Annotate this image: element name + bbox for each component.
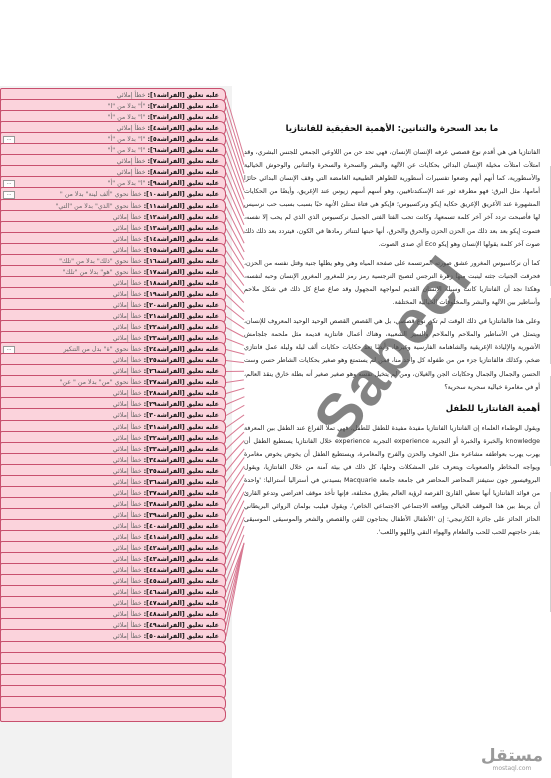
comment-ref: [الفراشة٤٤]: [144,567,185,574]
mostaql-logo: مستقل mostaql.com [481,747,543,772]
comment-label: علبه تعليق [187,247,219,254]
comment-text: "ا" بدلا من "أ" [108,147,146,154]
comment-ref: [الفراشة٤٠]: [144,523,185,530]
comment-label: علبه تعليق [187,512,219,519]
comment-ref: [الفراشة٣٠]: [144,412,185,419]
comment-text: خطأ إملائي [113,457,142,464]
comment-label: علبه تعليق [187,180,219,187]
comment-ref: [الفراشة٥]: [148,136,185,143]
comment-ref: [الفراشة٣٤]: [144,457,185,464]
comment-text: خطأ نحوي "الذي" بدلا من "التي" [56,203,142,210]
comment-label: علبه تعليق [187,236,219,243]
comment-text: خطأ إملائي [113,622,142,629]
comment-label: علبه تعليق [187,545,219,552]
comment-text: "ا" بدلا من "أ" [108,136,146,143]
comment-text: خطأ إملائي [113,236,142,243]
comment-ref: [الفراشة٢٥]: [144,357,185,364]
comment-text: خطأ إملائي [113,446,142,453]
comment-label: علبه تعليق [187,214,219,221]
comment-text: خطأ إملائي [113,490,142,497]
comment-text: خطأ إملائي [113,611,142,618]
comments-pane: علبه تعليق [الفراشة١]: خطأ إملائيعلبه تع… [0,86,232,778]
comment-label: علبه تعليق [187,335,219,342]
document-body: ما بعد السحرة والتنانين: الأهمية الحقيقي… [244,124,540,546]
comment-text: خطأ إملائي [113,401,142,408]
comment-text: خطأ إملائي [117,125,146,132]
paragraph[interactable]: كما أن نركاسيوس المغرور عشق صورته المرتس… [244,257,540,309]
comment-text: خطأ إملائي [113,291,142,298]
comment-text: خطأ إملائي [113,435,142,442]
comment-ref: [الفراشة٣٥]: [144,468,185,475]
comment-label: علبه تعليق [187,324,219,331]
comment-ref: [الفراشة٤٢]: [144,545,185,552]
comment-ref: [الفراشة٣٦]: [144,479,185,486]
comment-label: علبه تعليق [187,600,219,607]
comment-ref: [الفراشة٣٢]: [144,435,185,442]
comment-label: علبه تعليق [187,313,219,320]
paragraph[interactable]: الفانتازيا هي هي أقدم نوع قصصي عرفه الإن… [244,146,540,251]
document-title: ما بعد السحرة والتنانين: الأهمية الحقيقي… [244,124,540,134]
comment-ref: [الفراشة٨]: [148,169,185,176]
comment-label: علبه تعليق [187,501,219,508]
comment-label: علبه تعليق [187,390,219,397]
comment-text: خطأ إملائي [113,335,142,342]
comment-label: علبه تعليق [187,147,219,154]
comment-ref: [الفراشة٤٥]: [144,578,185,585]
comment-label: علبه تعليق [187,479,219,486]
comment-label: علبه تعليق [187,468,219,475]
comment-label: علبه تعليق [187,92,219,99]
comment-ref: [الفراشة٣٧]: [144,490,185,497]
logo-arabic: مستقل [481,747,543,765]
comment-ref: [الفراشة٢٢]: [144,324,185,331]
comment-text: خطأ إملائي [113,214,142,221]
comment-text: خطأ إملائي [113,633,142,640]
comment-text: خطأ نحوي "ذلك" بدلا من "تلك" [59,258,142,265]
section-heading: أهمية الفانتازيا للطفل [244,404,540,414]
comment-label: علبه تعليق [187,424,219,431]
comment-label: علبه تعليق [187,622,219,629]
comment-text: خطأ نحوي "ة" بدل من التنكير [63,346,141,353]
comment-text: خطأ نحوي "من" بدلا من " عن" [60,379,142,386]
comment-label: علبه تعليق [187,191,219,198]
comment-label: علبه تعليق [187,291,219,298]
comment-label: علبه تعليق [187,611,219,618]
comment-text: خطأ إملائي [113,523,142,530]
comment-label: علبه تعليق [187,446,219,453]
comment-ref: [الفراشة٩]: [148,180,185,187]
comment-ref: [الفراشة١١]: [144,203,185,210]
comment-ref: [الفراشة٢١]: [144,313,185,320]
comment-text: خطأ إملائي [113,479,142,486]
comment-ref: [الفراشة١٨]: [144,280,185,287]
comment-ref: [الفراشة٥٠]: [144,633,185,640]
comment-text: خطأ إملائي [113,556,142,563]
comment-ref: [الفراشة٢٩]: [144,401,185,408]
comment-text: خطأ إملائي [113,545,142,552]
comment-label: علبه تعليق [187,633,219,640]
comment-ref: [الفراشة١٩]: [144,291,185,298]
comment-ref: [الفراشة٤٦]: [144,589,185,596]
logo-latin: mostaql.com [481,765,543,772]
comment-label: علبه تعليق [187,280,219,287]
comment-label: علبه تعليق [187,158,219,165]
comment-text: خطأ إملائي [113,578,142,585]
comment-ref: [الفراشة٤٨]: [144,611,185,618]
comment-ref: [الفراشة٣٩]: [144,512,185,519]
comment-text: خطأ إملائي [113,324,142,331]
document-page: ما بعد السحرة والتنانين: الأهمية الحقيقي… [232,86,551,778]
comment-label: علبه تعليق [187,125,219,132]
comment-label: علبه تعليق [187,435,219,442]
comment-ref: [الفراشة٤٩]: [144,622,185,629]
comment-text: "أ" بدلا من "ا" [108,103,146,110]
comment-ref: [الفراشة٢٦]: [144,368,185,375]
comment-text: خطأ إملائي [113,501,142,508]
comment-text: "ا" بدلا من "أ" [108,180,146,187]
comment-label: علبه تعليق [187,368,219,375]
comment-label: علبه تعليق [187,578,219,585]
comment-label: علبه تعليق [187,169,219,176]
comment-ref: [الفراشة١٤]: [144,236,185,243]
comment-label: علبه تعليق [187,357,219,364]
comment-ref: [الفراشة٢٧]: [144,379,185,386]
comment-text: خطأ إملائي [113,512,142,519]
comment-text: خطأ إملائي [117,158,146,165]
comment-label: علبه تعليق [187,225,219,232]
comment-ref: [الفراشة١]: [148,92,185,99]
comment-text: خطأ إملائي [117,92,146,99]
comment-label: علبه تعليق [187,523,219,530]
comment-ref: [الفراشة٣]: [148,114,185,121]
comment-ref: [الفراشة١٥]: [144,247,185,254]
comment-ref: [الفراشة١٢]: [144,214,185,221]
comment-text: خطأ إملائي [113,412,142,419]
comment-text: خطأ إملائي [113,600,142,607]
comment-label: علبه تعليق [187,589,219,596]
comment-text: خطأ إملائي [113,424,142,431]
comment-ref: [الفراشة٢٣]: [144,335,185,342]
paragraph[interactable]: وعلى هذا فالفانتازيا في ذلك الوقت لم تكن… [244,315,540,394]
comment-text: خطأ إملائي [113,357,142,364]
comment-ref: [الفراشة١٣]: [144,225,185,232]
comment-ref: [الفراشة٦]: [148,147,185,154]
comment-label: علبه تعليق [187,269,219,276]
comment-ref: [الفراشة٤١]: [144,534,185,541]
comment-label: علبه تعليق [187,103,219,110]
comment-ref: [الفراشة٢٨]: [144,390,185,397]
comment-label: علبه تعليق [187,401,219,408]
comment-label: علبه تعليق [187,136,219,143]
comment-label: علبه تعليق [187,379,219,386]
comment-ref: [الفراشة٤٣]: [144,556,185,563]
comment-text: "ا" بدلا من "أ" [108,114,146,121]
comment-text: خطأ إملائي [113,302,142,309]
comment-ref: [الفراشة٢]: [148,103,185,110]
comment-text: خطأ نحوي "ألف لينة" بدلا من " [60,191,142,198]
comment-label: علبه تعليق [187,567,219,574]
comment-label: علبه تعليق [187,490,219,497]
comment-ref: [الفراشة٢٤]: [144,346,185,353]
comment-text: خطأ إملائي [113,567,142,574]
comment-text: خطأ نحوي "هو" بدلا من "تلك" [63,269,142,276]
comment-ref: [الفراشة٧]: [148,158,185,165]
comment-ref: [الفراشة٣١]: [144,424,185,431]
comment-text: خطأ إملائي [113,589,142,596]
comment-label: علبه تعليق [187,457,219,464]
comment-text: خطأ إملائي [113,534,142,541]
comment-ref: [الفراشة١٦]: [144,258,185,265]
comment-text: خطأ إملائي [113,313,142,320]
comment-text: خطأ إملائي [113,368,142,375]
comment-text: خطأ إملائي [117,169,146,176]
comment-label: علبه تعليق [187,346,219,353]
paragraph[interactable]: ويقول الوطماء العلماء إن الفانتازيا الفا… [244,422,540,540]
comment-ref: [الفراشة٤]: [148,125,185,132]
comment-text: خطأ إملائي [113,225,142,232]
comment-text: خطأ إملائي [113,390,142,397]
comment-text: خطأ إملائي [113,247,142,254]
comment-label: علبه تعليق [187,302,219,309]
comment-ref: [الفراشة١٠]: [144,191,185,198]
comment-text: خطأ إملائي [113,468,142,475]
comment-balloon[interactable] [0,707,226,722]
comment-label: علبه تعليق [187,203,219,210]
comment-ref: [الفراشة٤٧]: [144,600,185,607]
comment-ref: [الفراشة١٧]: [144,269,185,276]
comment-label: علبه تعليق [187,556,219,563]
comment-label: علبه تعليق [187,412,219,419]
comment-ref: [الفراشة٣٨]: [144,501,185,508]
comment-text: خطأ إملائي [113,280,142,287]
comment-ref: [الفراشة٢٠]: [144,302,185,309]
comment-label: علبه تعليق [187,258,219,265]
comment-ref: [الفراشة٣٣]: [144,446,185,453]
comment-label: علبه تعليق [187,114,219,121]
comment-label: علبه تعليق [187,534,219,541]
